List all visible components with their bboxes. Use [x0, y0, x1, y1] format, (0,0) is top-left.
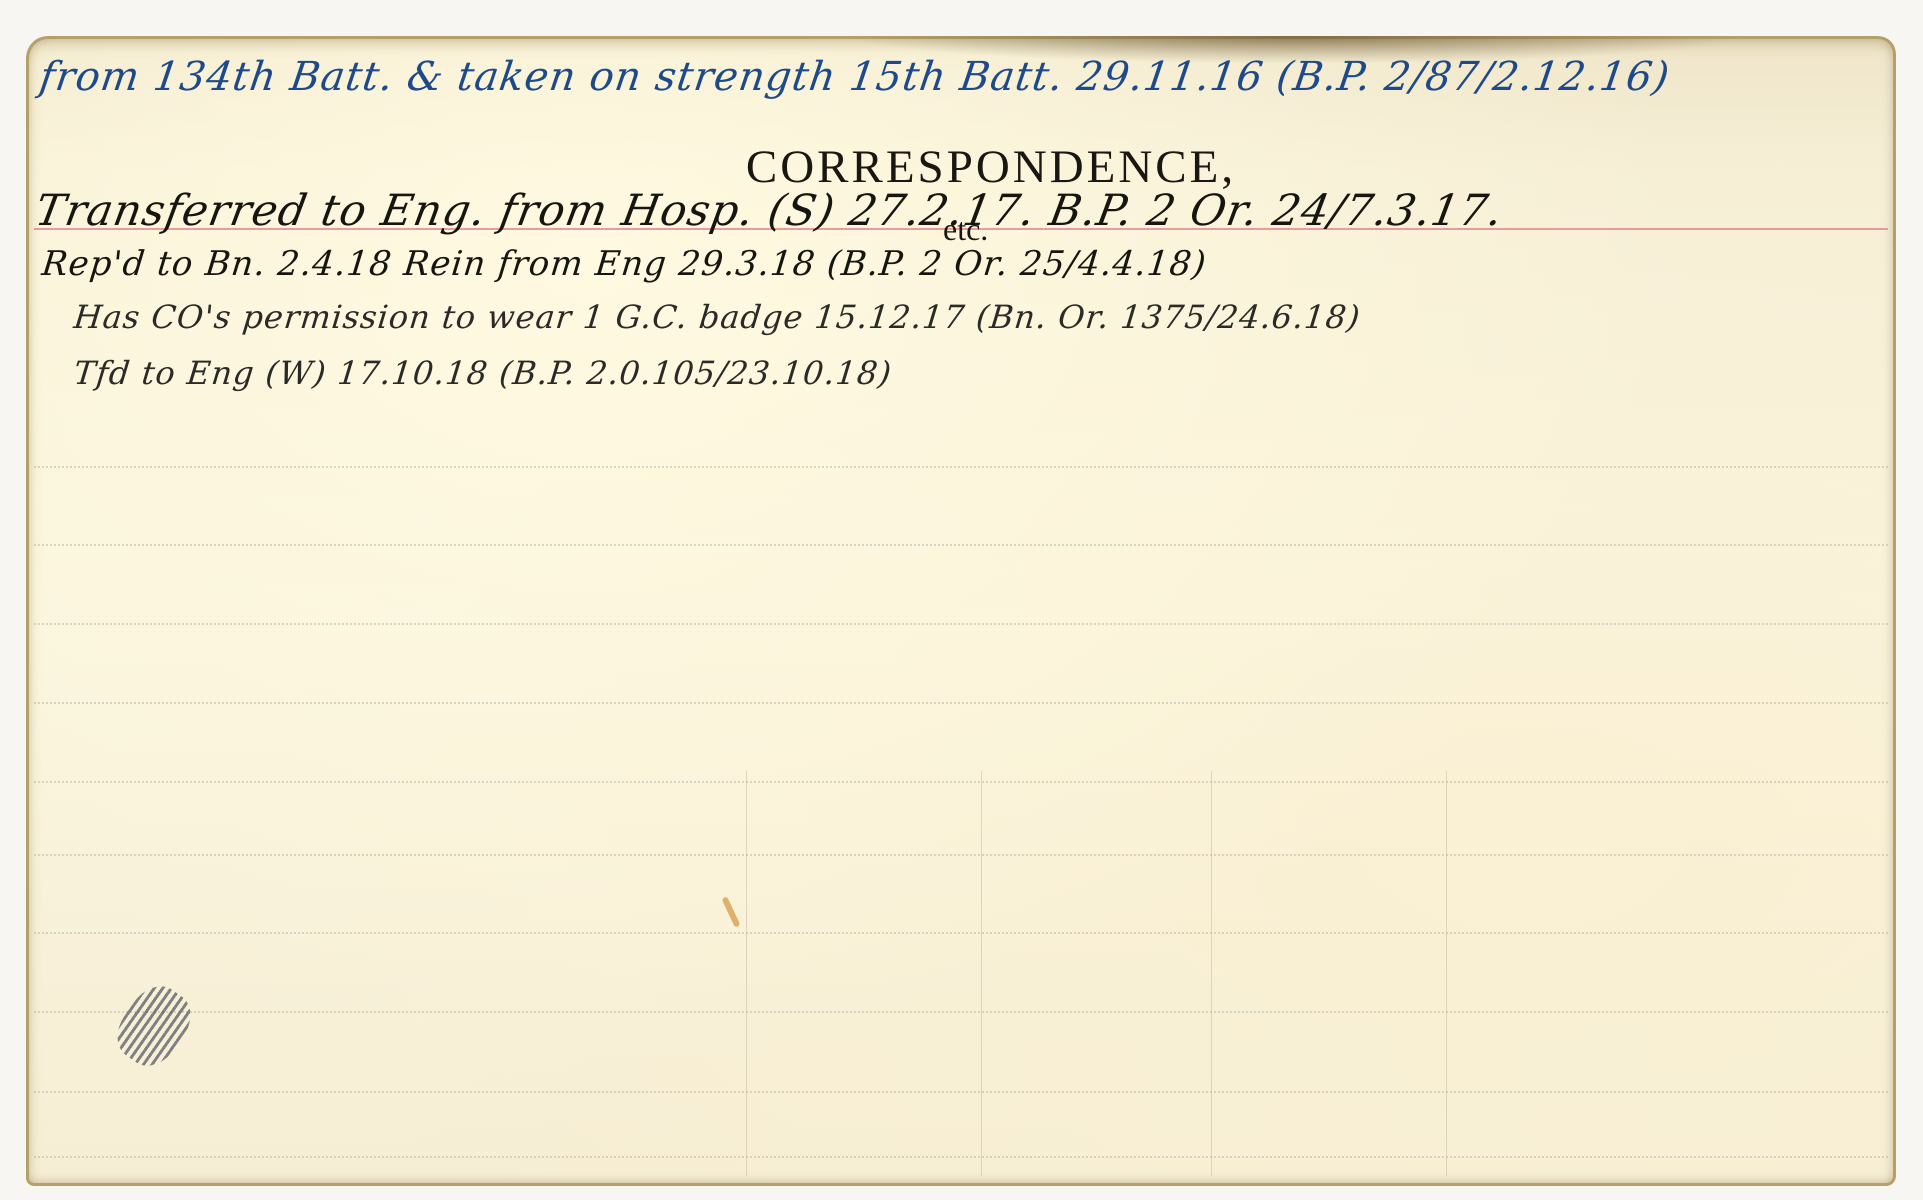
ruled-line — [34, 1156, 1888, 1158]
column-rule — [746, 771, 747, 1176]
ink-smudge — [106, 976, 201, 1076]
ruled-line — [34, 854, 1888, 856]
ruled-line — [34, 932, 1888, 934]
handwritten-entry-tfd-to-eng: Tfd to Eng (W) 17.10.18 (B.P. 2.0.105/23… — [72, 354, 894, 392]
handwritten-entry-transfer-from-134th: from 134th Batt. & taken on strength 15t… — [37, 54, 1673, 100]
column-rule — [1211, 771, 1212, 1176]
stain-spot — [722, 896, 741, 928]
ruled-line — [34, 544, 1888, 546]
ruled-line — [34, 466, 1888, 468]
ruled-line — [34, 1011, 1888, 1013]
handwritten-entry-reported-to-bn: Rep'd to Bn. 2.4.18 Rein from Eng 29.3.1… — [40, 244, 1209, 284]
ruled-line — [34, 1091, 1888, 1093]
ruled-line — [34, 781, 1888, 783]
record-card: CORRESPONDENCE, etc. from 134th Batt. & … — [26, 36, 1896, 1186]
ruled-line — [34, 702, 1888, 704]
column-rule — [1446, 771, 1447, 1176]
column-rule — [981, 771, 982, 1176]
ruled-line — [34, 623, 1888, 625]
handwritten-entry-gc-badge: Has CO's permission to wear 1 G.C. badge… — [72, 298, 1363, 336]
handwritten-entry-transferred-to-eng: Transferred to Eng. from Hosp. (S) 27.2.… — [32, 186, 1508, 236]
